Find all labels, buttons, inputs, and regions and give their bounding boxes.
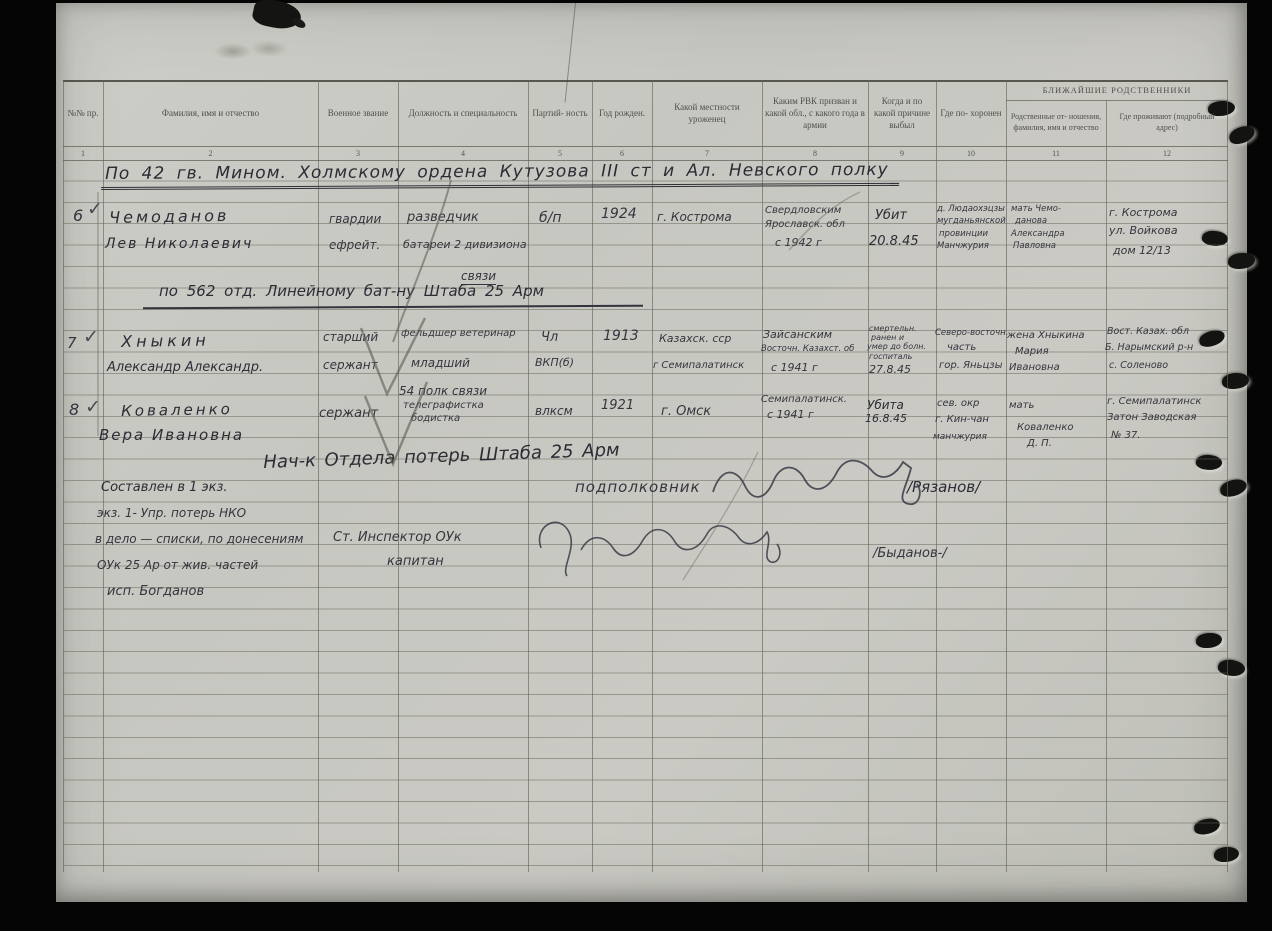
r8-number: 8 <box>69 400 79 419</box>
r6-duty-2: батареи 2 дивизиона <box>403 238 527 251</box>
r8-birth-year: 1921 <box>601 398 634 413</box>
r8-surname: Коваленко <box>121 400 233 420</box>
r6-number: 6 <box>73 206 83 225</box>
r7-birthplace-1: Казахск. сср <box>659 332 731 345</box>
r7-burial-1: Северо-восточн. <box>935 328 1008 338</box>
col-num: 10 <box>936 147 1006 160</box>
note-line-4: ОУк 25 Ар от жив. частей <box>97 558 258 572</box>
ink-blot-small <box>291 16 307 30</box>
note-line-5: исп. Богданов <box>107 584 204 599</box>
col-num: 12 <box>1106 147 1228 160</box>
col-header-address: Где проживают (подробный адрес) <box>1106 102 1228 144</box>
r8-burial-3: манчжурия <box>933 432 987 442</box>
r7-duty-2: младший <box>411 356 470 370</box>
pencil-smudge <box>206 37 296 63</box>
r7-address-2: Б. Нарымский р-н <box>1105 342 1193 353</box>
r6-birth-year: 1924 <box>601 206 637 222</box>
column-divider <box>318 80 319 872</box>
r6-surname: Чемоданов <box>109 206 230 227</box>
col-num: 11 <box>1006 147 1106 160</box>
r8-duty-1: телеграфистка <box>403 400 484 411</box>
r6-rvk-2: Ярославск. обл <box>765 219 845 230</box>
r8-fate-1: Убита <box>867 398 904 412</box>
r8-kin-1: мать <box>1009 400 1034 411</box>
r7-duty-3: 54 полк связи <box>399 384 487 398</box>
r7-fate-1: смертельн. <box>869 324 917 333</box>
col-header-duty: Должность и специальность <box>398 82 528 144</box>
r6-checkmark: ✓ <box>87 198 103 220</box>
col-header-fate: Когда и по какой причине выбыл <box>868 82 936 144</box>
r6-rank-2: ефрейт. <box>329 238 380 252</box>
r8-kin-3: Д. П. <box>1027 438 1052 449</box>
official-name-2: /Быданов-/ <box>873 546 947 561</box>
r6-given-names: Лев Николаевич <box>105 236 253 252</box>
note-line-1: Составлен в 1 экз. <box>101 480 228 495</box>
casualty-table: №№ пр. Фамилия, имя и отчество Военное з… <box>63 80 1228 872</box>
r6-kin-2: данова <box>1015 216 1047 226</box>
r7-birthplace-2: г Семипалатинск <box>653 360 744 371</box>
note-line-2: экз. 1- Упр. потерь НКО <box>97 506 246 520</box>
r7-fate-4: госпиталь <box>869 352 912 361</box>
r7-rvk-3: с 1941 г <box>771 361 818 374</box>
col-header-buried: Где по- хоронен <box>936 82 1006 144</box>
r6-birthplace: г. Кострома <box>657 210 732 224</box>
r8-address-2: Затон Заводская <box>1107 412 1196 423</box>
r8-birthplace: г. Омск <box>661 404 711 419</box>
r7-birth-year: 1913 <box>603 328 639 344</box>
column-divider <box>762 80 763 872</box>
r7-duty-1: фельдшер ветеринар <box>401 328 516 339</box>
group-underline <box>1006 100 1228 101</box>
col-num: 3 <box>318 147 398 160</box>
column-divider <box>592 80 593 872</box>
r7-rvk-1: Зайсанским <box>763 328 832 341</box>
official-rank-2: капитан <box>387 554 444 569</box>
official-name-1: /Рязанов/ <box>907 478 980 496</box>
r6-kin-4: Павловна <box>1013 241 1056 251</box>
r8-burial-2: г. Кин-чан <box>935 414 989 425</box>
r8-kin-2: Коваленко <box>1017 422 1073 433</box>
r8-party: влксм <box>535 404 573 418</box>
col-header-num: №№ пр. <box>63 82 103 144</box>
r8-fate-2: 16.8.45 <box>865 412 907 425</box>
col-header-rank: Военное звание <box>318 82 398 144</box>
official-title-inspector: Ст. Инспектор ОУк <box>333 530 462 545</box>
col-num: 8 <box>762 147 868 160</box>
col-num: 4 <box>398 147 528 160</box>
col-header-party: Партий- ность <box>528 82 592 144</box>
r8-given-names: Вера Ивановна <box>99 426 244 444</box>
r7-address-1: Вост. Казах. обл <box>1107 326 1189 337</box>
column-divider <box>528 80 529 872</box>
r8-address-1: г. Семипалатинск <box>1107 396 1201 407</box>
r6-fate-2: 20.8.45 <box>869 234 919 249</box>
r7-rank-1: старший <box>323 330 378 344</box>
punch-hole <box>1228 253 1255 269</box>
r7-burial-2: часть <box>947 342 976 353</box>
r6-address-1: г. Кострома <box>1109 206 1178 219</box>
official-rank-1: подполковник <box>575 478 701 496</box>
col-group-relatives: БЛИЖАЙШИЕ РОДСТВЕННИКИ <box>1006 82 1228 98</box>
r8-burial-1: сев. окр <box>937 398 979 409</box>
column-divider <box>1227 80 1228 872</box>
col-header-rvk: Каким РВК призван и какой обл., с какого… <box>762 82 868 144</box>
r7-kin-2: Мария <box>1015 346 1049 357</box>
r7-checkmark: ✓ <box>83 326 99 348</box>
r7-rank-2: сержант <box>323 358 378 372</box>
column-divider <box>868 80 869 872</box>
r8-rvk-2: с 1941 г <box>767 408 814 421</box>
section-title-regiment: По 42 гв. Мином. Холмскому ордена Кутузо… <box>101 160 899 190</box>
r6-kin-3: Александра <box>1011 229 1065 239</box>
column-divider <box>63 80 64 872</box>
r6-burial-4: Манчжурия <box>937 241 989 251</box>
r7-address-3: с. Соленово <box>1109 360 1168 371</box>
column-divider <box>1106 100 1107 872</box>
r6-burial-2: мугданьянской <box>937 216 1006 226</box>
col-header-name: Фамилия, имя и отчество <box>103 82 318 144</box>
r7-party-1: Чл <box>541 330 558 345</box>
r6-fate-1: Убит <box>875 208 907 223</box>
r6-burial-1: д. Людаохэцзы <box>937 204 1005 214</box>
col-header-born: Какой местности уроженец <box>652 82 762 144</box>
col-header-kin: Родственные от- ношения, фамилия, имя и … <box>1006 102 1106 144</box>
r8-address-3: № 37. <box>1111 430 1140 441</box>
section-title-battalion: по 562 отд. Линейному бат-ну Штаба 25 Ар… <box>159 282 544 300</box>
col-num: 5 <box>528 147 592 160</box>
r8-duty-2: бодистка <box>411 413 460 424</box>
r6-party: б/п <box>539 210 562 226</box>
r7-rvk-2: Восточн. Казахст. об <box>761 344 854 354</box>
col-num: 6 <box>592 147 652 160</box>
r7-fate-5: 27.8.45 <box>869 363 911 376</box>
col-num: 2 <box>103 147 318 160</box>
scanned-casualty-list-page: { "table": { "relatives_group": "БЛИЖАЙШ… <box>0 0 1272 931</box>
column-divider <box>652 80 653 872</box>
ink-blot <box>251 0 304 33</box>
r6-address-3: дом 12/13 <box>1113 244 1171 257</box>
r7-burial-3: гор. Яньцзы <box>939 360 1002 371</box>
col-num: 9 <box>868 147 936 160</box>
r6-duty-1: разведчик <box>407 210 479 225</box>
r8-rvk-1: Семипалатинск. <box>761 394 847 405</box>
r6-address-2: ул. Войкова <box>1109 224 1178 237</box>
r7-party-2: ВКП(б) <box>535 356 574 369</box>
col-header-year: Год рожден. <box>592 82 652 144</box>
r7-given-names: Александр Александр. <box>107 360 263 375</box>
r6-rank-1: гвардии <box>329 212 381 226</box>
column-divider <box>936 80 937 872</box>
r6-burial-3: провинции <box>939 229 988 239</box>
r7-number: 7 <box>67 334 77 352</box>
punch-hole <box>1227 124 1256 146</box>
column-divider <box>1006 80 1007 872</box>
r6-rvk-3: с 1942 г <box>775 236 822 249</box>
col-num: 7 <box>652 147 762 160</box>
col-num: 1 <box>63 147 103 160</box>
note-line-3: в дело — списки, по донесениям <box>95 532 304 546</box>
r8-rank: сержант <box>319 406 378 421</box>
r8-checkmark: ✓ <box>85 396 101 418</box>
r6-kin-1: мать Чемо- <box>1011 204 1061 214</box>
r7-fate-2: ранен и <box>871 333 904 342</box>
r7-surname: Хныкин <box>121 330 210 351</box>
column-divider <box>103 80 104 872</box>
r7-kin-3: Ивановна <box>1009 362 1060 373</box>
scanned-paper-sheet: №№ пр. Фамилия, имя и отчество Военное з… <box>56 3 1247 902</box>
r7-fate-3: умер до болн. <box>867 342 926 351</box>
column-divider <box>398 80 399 872</box>
r7-kin-1: жена Хныкина <box>1007 330 1085 341</box>
r6-rvk-1: Свердловским <box>765 205 841 216</box>
